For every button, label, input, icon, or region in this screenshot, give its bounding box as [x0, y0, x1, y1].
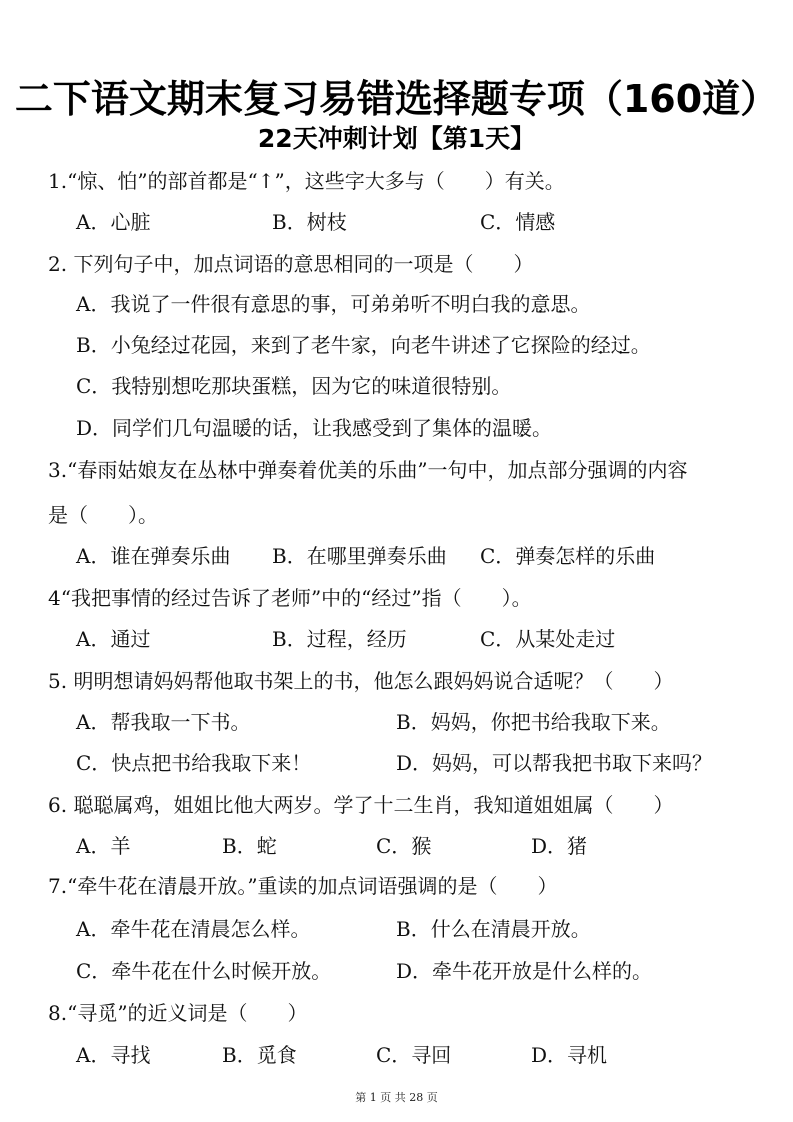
emphasized-char: 清: [157, 874, 177, 898]
question-text: 开放。”重读的加点词语强调的是（ ）: [197, 874, 557, 898]
option-label: C．: [76, 374, 111, 398]
option-text: 寻机: [567, 1043, 607, 1067]
emphasized-char: 别: [471, 374, 491, 398]
question-8-option-a: A．寻找: [76, 1042, 150, 1068]
question-3-option-b: B．在哪里弹奏乐曲: [272, 543, 447, 569]
emphasized-char: 丛: [197, 458, 217, 482]
page-title: 二下语文期末复习易错选择题专项（160道）: [0, 68, 793, 123]
option-text: 谁在弹奏乐曲: [110, 544, 230, 568]
option-text: 妈妈，你把书给我取下来。: [431, 710, 671, 734]
question-number: 1.: [48, 169, 67, 193]
option-text: 从某处走过: [515, 627, 615, 651]
question-8-option-c: C．寻回: [376, 1042, 451, 1068]
question-5-option-b: B．妈妈，你把书给我取下来。: [396, 709, 671, 735]
option-label: D．: [76, 416, 112, 440]
question-2-option-c: C．我特别想吃那块蛋糕，因为它的味道很特别。: [76, 373, 511, 399]
emphasized-char: 思: [550, 292, 570, 316]
question-6-option-d: D．猪: [531, 833, 587, 859]
question-number: 2.: [48, 252, 67, 276]
option-text: 快点把书给我取下来！: [111, 751, 311, 775]
question-text: 明明想请妈妈帮他取书架上的书，他怎么跟妈妈说合适呢？（ ）: [73, 669, 673, 693]
emphasized-char: 思: [270, 292, 290, 316]
emphasized-char: 别: [151, 374, 171, 398]
option-label: A．: [76, 544, 110, 568]
emphasized-char: 特: [131, 374, 151, 398]
question-8-option-b: B．觅食: [222, 1042, 297, 1068]
question-number: 8.: [48, 1001, 67, 1025]
question-number: 5.: [48, 669, 67, 693]
question-7-option-d: D．牵牛花开放是什么样的。: [396, 958, 652, 984]
question-3-stem: 3.“春雨姑娘友在丛林中弹奏着优美的乐曲”一句中，加点部分强调的内容: [48, 457, 688, 483]
emphasized-char: 暖: [512, 416, 532, 440]
option-label: A．: [76, 292, 110, 316]
option-label: B．: [272, 544, 307, 568]
question-1-option-a: A．心脏: [76, 209, 150, 235]
question-4-stem: 4“我把事情的经过告诉了老师”中的“经过”指（ ）。: [48, 585, 532, 611]
option-text: 的话，让我感受到了集体的: [252, 416, 492, 440]
option-text: 牵牛花在清晨怎么样。: [110, 917, 310, 941]
question-number: 6.: [48, 793, 67, 817]
page-subtitle: 22天冲刺计划【第1天】: [0, 119, 793, 155]
question-number: 3.: [48, 458, 67, 482]
question-6-option-a: A．羊: [76, 833, 130, 859]
option-text: 帮我取一下书。: [110, 710, 250, 734]
option-label: C．: [480, 210, 515, 234]
option-text: 。: [631, 333, 651, 357]
option-text: 情感: [515, 210, 555, 234]
option-text: 树枝: [307, 210, 347, 234]
question-7-option-a: A．牵牛花在清晨怎么样。: [76, 916, 310, 942]
question-text: 聪聪属鸡，姐姐比他大两岁。学了十二生肖，我知道姐姐属（ ）: [73, 793, 673, 817]
question-2-stem: 2. 下列句子中，加点词语的意思相同的一项是（ ）: [48, 251, 533, 277]
option-text: 心脏: [110, 210, 150, 234]
option-text: 过程，经历: [307, 627, 407, 651]
option-label: B．: [222, 1043, 257, 1067]
option-text: 想吃那块蛋糕，因为它的味道很: [171, 374, 451, 398]
option-text: 蛇: [257, 834, 277, 858]
option-label: D．: [531, 1043, 567, 1067]
page-footer: 第 1 页 共 28 页: [0, 1089, 793, 1105]
option-label: A．: [76, 627, 110, 651]
question-6-option-c: C．猴: [376, 833, 431, 859]
emphasized-char: 特: [451, 374, 471, 398]
question-7-option-c: C．牵牛花在什么时候开放。: [76, 958, 331, 984]
emphasized-char: 晨: [177, 874, 197, 898]
option-text: 什么在清晨开放。: [431, 917, 591, 941]
question-5-option-d: D．妈妈，可以帮我把书取下来吗？: [396, 750, 712, 776]
option-label: D．: [531, 834, 567, 858]
question-6-stem: 6. 聪聪属鸡，姐姐比他大两岁。学了十二生肖，我知道姐姐属（ ）: [48, 792, 673, 818]
question-4-option-c: C．从某处走过: [480, 626, 615, 652]
question-1-option-b: B．树枝: [272, 209, 347, 235]
option-text: 。: [491, 374, 511, 398]
option-text: 妈妈，可以帮我把书取下来吗？: [432, 751, 712, 775]
emphasized-char: 中: [237, 458, 257, 482]
option-label: A．: [76, 1043, 110, 1067]
question-text: “惊、怕”的部首都是“↑”，这些字大多与（ ）有关。: [67, 169, 565, 193]
option-text: 。: [532, 416, 552, 440]
option-label: B．: [272, 627, 307, 651]
question-5-option-c: C．快点把书给我取下来！: [76, 750, 311, 776]
option-label: C．: [480, 627, 515, 651]
option-label: B．: [272, 210, 307, 234]
option-label: A．: [76, 834, 110, 858]
option-text: 花园，来到了老牛家，向老牛讲述了它探险的: [191, 333, 591, 357]
emphasized-char: 过: [171, 333, 191, 357]
question-1-stem: 1.“惊、怕”的部首都是“↑”，这些字大多与（ ）有关。: [48, 168, 565, 194]
question-7-option-b: B．什么在清晨开放。: [396, 916, 591, 942]
option-label: A．: [76, 917, 110, 941]
option-text: 的事，可弟弟听不明白我的: [290, 292, 530, 316]
question-number: 7.: [48, 874, 67, 898]
emphasized-char: 暖: [232, 416, 252, 440]
question-8-option-d: D．寻机: [531, 1042, 607, 1068]
question-2-option-a: A．我说了一件很有意思的事，可弟弟听不明白我的意思。: [76, 291, 590, 317]
question-6-option-b: B．蛇: [222, 833, 277, 859]
option-label: C．: [376, 1043, 411, 1067]
question-8-stem: 8.“寻觅”的近义词是（ ）: [48, 1000, 308, 1026]
option-text: 羊: [110, 834, 130, 858]
emphasized-char: 意: [530, 292, 550, 316]
option-text: 弹奏怎样的乐曲: [515, 544, 655, 568]
question-3-option-c: C．弹奏怎样的乐曲: [480, 543, 655, 569]
option-label: A．: [76, 710, 110, 734]
emphasized-char: 在: [177, 458, 197, 482]
option-text: 小兔: [111, 333, 151, 357]
option-text: 我: [111, 374, 131, 398]
question-text: 弹奏着优美的乐曲”一句中，加点部分强调的内容: [257, 458, 687, 482]
option-label: C．: [480, 544, 515, 568]
option-text: 在哪里弹奏乐曲: [307, 544, 447, 568]
question-2-option-d: D．同学们几句温暖的话，让我感受到了集体的温暖。: [76, 415, 552, 441]
question-4-option-b: B．过程，经历: [272, 626, 407, 652]
question-5-stem: 5. 明明想请妈妈帮他取书架上的书，他怎么跟妈妈说合适呢？（ ）: [48, 668, 673, 694]
emphasized-char: 经: [151, 333, 171, 357]
option-text: 寻找: [110, 1043, 150, 1067]
question-number: 4: [48, 586, 61, 610]
option-text: 同学们几句: [112, 416, 212, 440]
document-page: 二下语文期末复习易错选择题专项（160道） 22天冲刺计划【第1天】 1.“惊、…: [0, 0, 793, 1122]
question-3-stem-line2: 是（ ）。: [48, 502, 158, 528]
question-1-option-c: C．情感: [480, 209, 555, 235]
emphasized-char: 温: [212, 416, 232, 440]
option-label: C．: [76, 751, 111, 775]
question-7-stem: 7.“牵牛花在清晨开放。”重读的加点词语强调的是（ ）: [48, 873, 558, 899]
emphasized-char: 林: [217, 458, 237, 482]
question-text: “我把事情的经过告诉了老师”中的“经过”指（ ）。: [61, 586, 532, 610]
question-text: “寻觅”的近义词是（ ）: [67, 1001, 307, 1025]
option-text: 牵牛花开放是什么样的。: [432, 959, 652, 983]
option-text: 通过: [110, 627, 150, 651]
emphasized-char: 过: [611, 333, 631, 357]
emphasized-char: 温: [492, 416, 512, 440]
option-label: A．: [76, 210, 110, 234]
option-text: 我说了一件很有: [110, 292, 250, 316]
question-4-option-a: A．通过: [76, 626, 150, 652]
question-5-option-a: A．帮我取一下书。: [76, 709, 250, 735]
question-text: 下列句子中，加点词语的意思相同的一项是（ ）: [73, 252, 533, 276]
question-text: “牵牛花在: [67, 874, 157, 898]
option-label: D．: [396, 751, 432, 775]
option-label: C．: [76, 959, 111, 983]
option-label: B．: [222, 834, 257, 858]
option-text: 猴: [411, 834, 431, 858]
option-label: B．: [396, 710, 431, 734]
option-label: B．: [76, 333, 111, 357]
question-2-option-b: B．小兔经过花园，来到了老牛家，向老牛讲述了它探险的经过。: [76, 332, 651, 358]
option-text: 猪: [567, 834, 587, 858]
option-label: C．: [376, 834, 411, 858]
question-3-option-a: A．谁在弹奏乐曲: [76, 543, 230, 569]
question-text: “春雨姑娘友: [67, 458, 177, 482]
option-text: 。: [570, 292, 590, 316]
option-label: B．: [396, 917, 431, 941]
option-text: 觅食: [257, 1043, 297, 1067]
option-text: 寻回: [411, 1043, 451, 1067]
emphasized-char: 经: [591, 333, 611, 357]
emphasized-char: 意: [250, 292, 270, 316]
option-label: D．: [396, 959, 432, 983]
option-text: 牵牛花在什么时候开放。: [111, 959, 331, 983]
